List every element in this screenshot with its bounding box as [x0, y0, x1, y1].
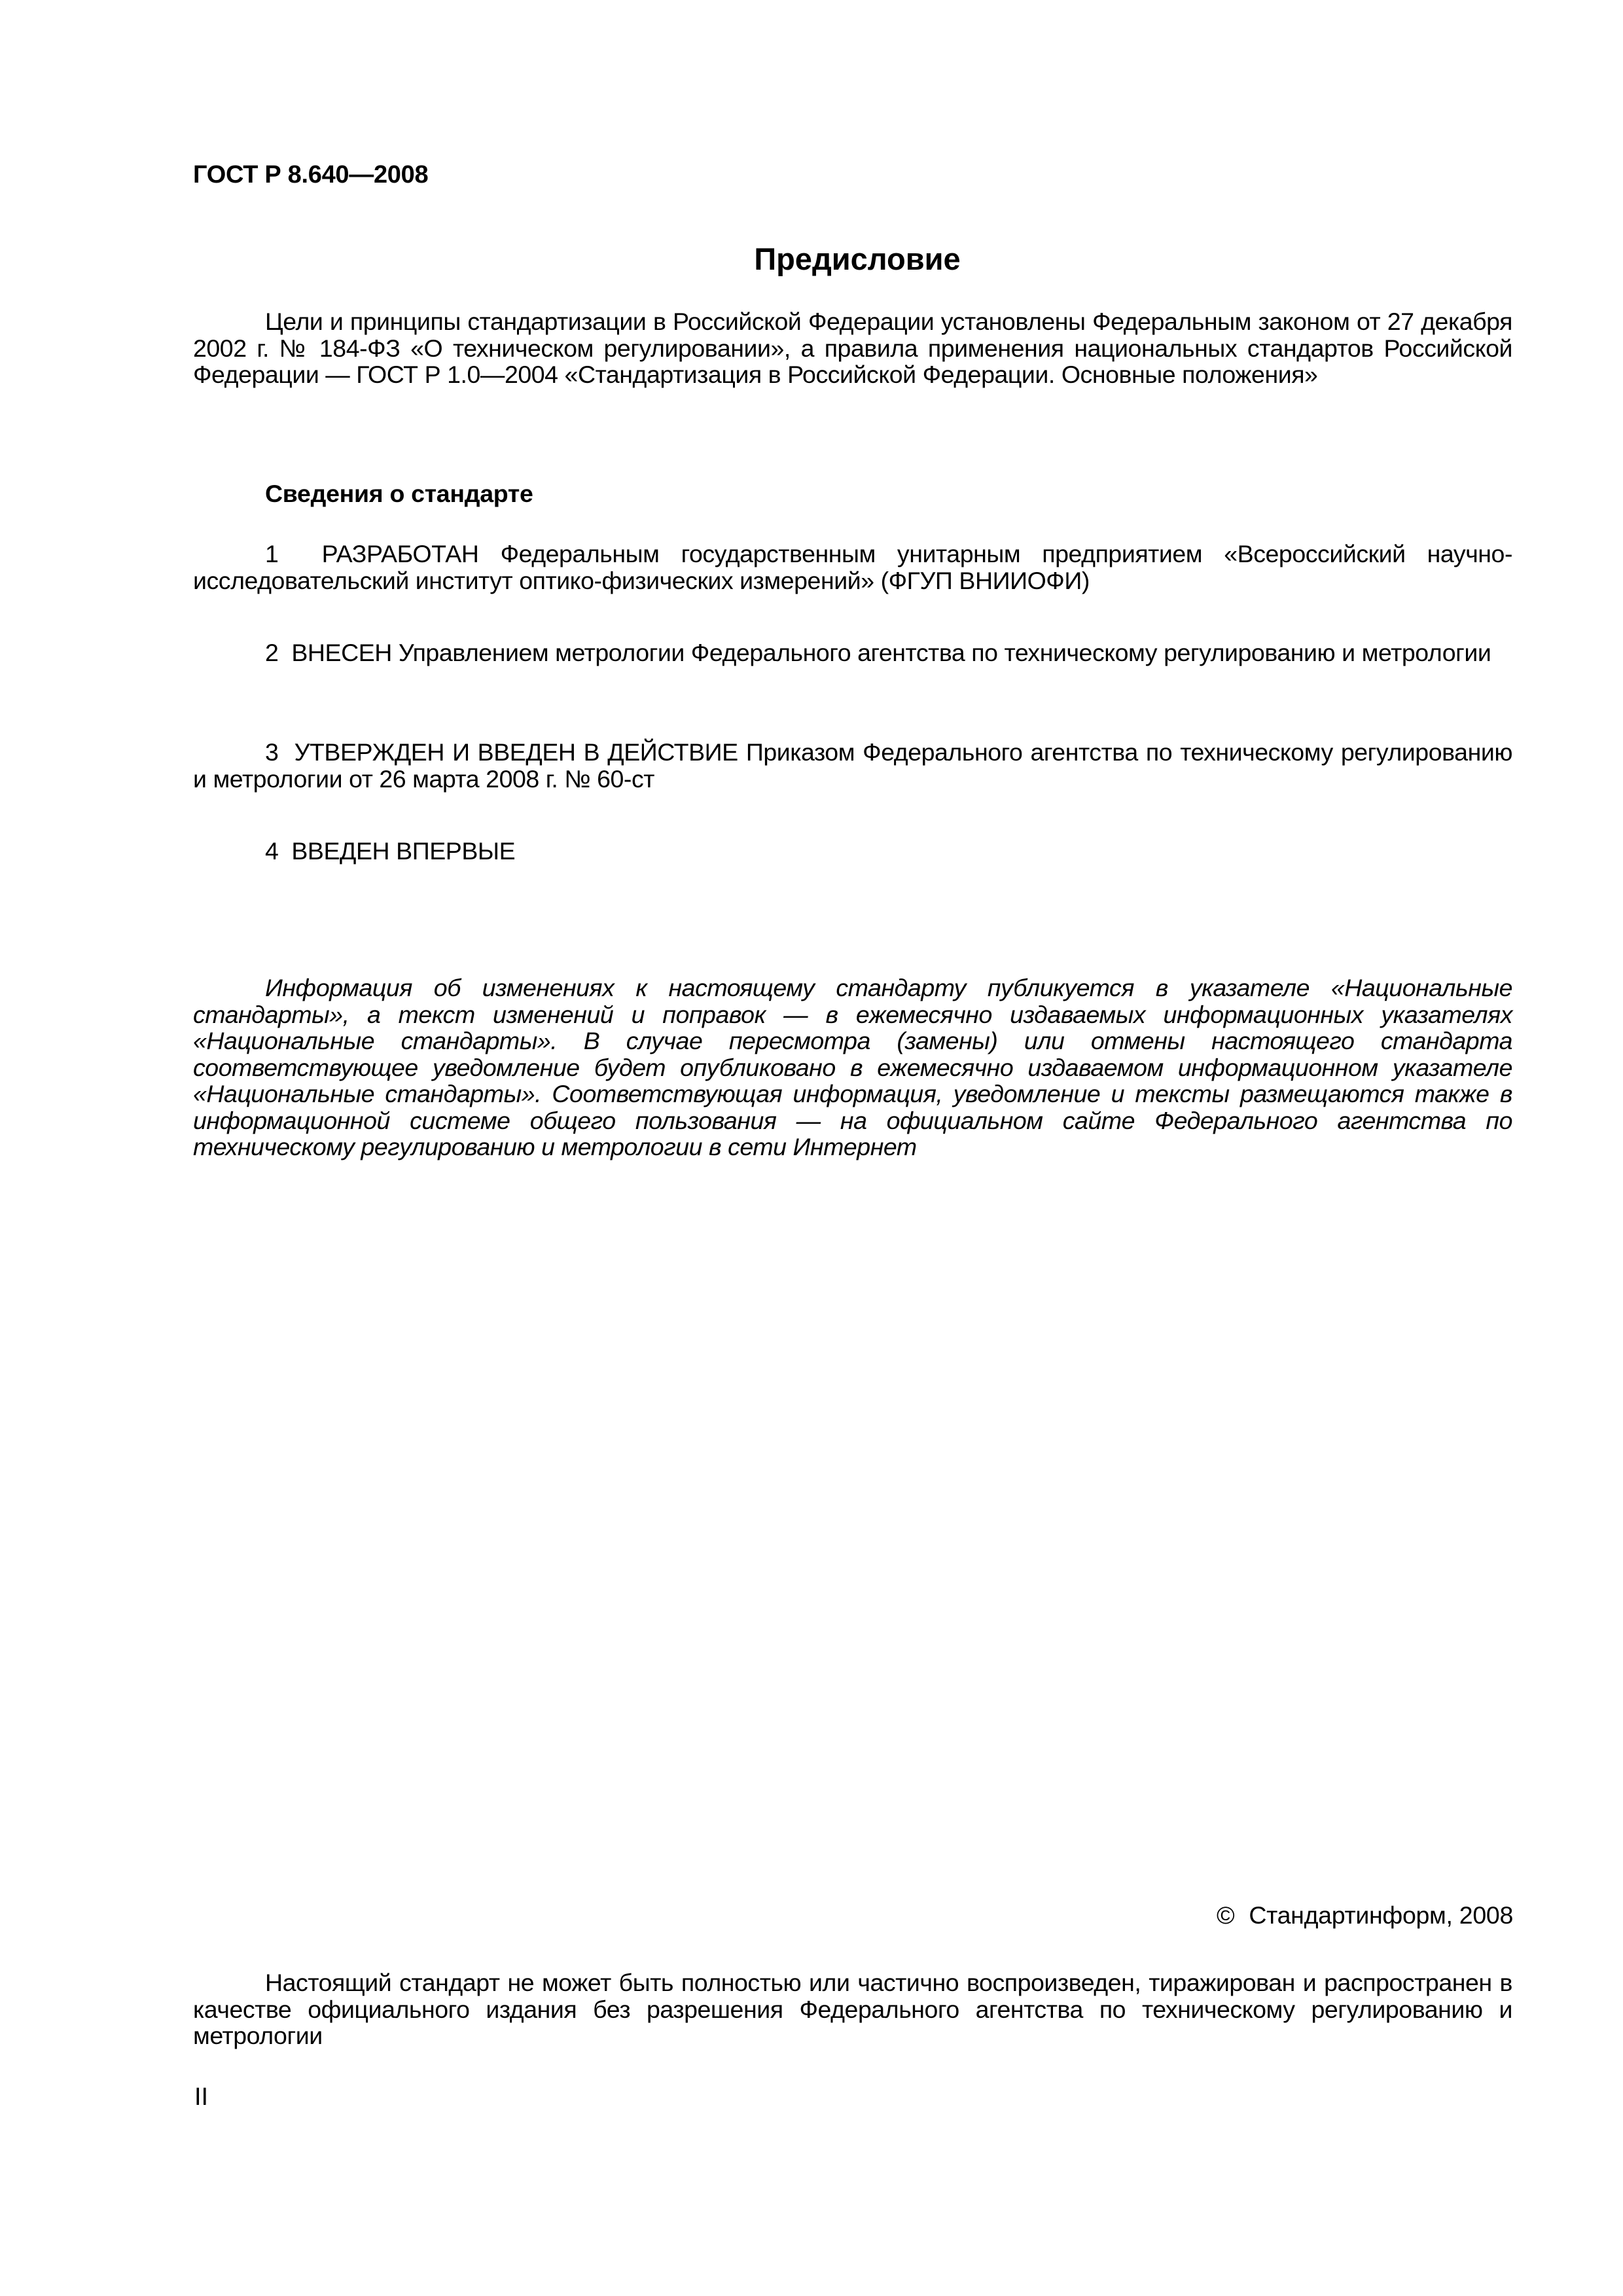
- amendments-notice-text: Информация об изменениях к настоящему ст…: [193, 975, 1512, 1160]
- page-number: II: [194, 2083, 208, 2111]
- info-item-text: ВВЕДЕН ВПЕРВЫЕ: [291, 837, 515, 865]
- info-item-number: 4: [265, 837, 278, 865]
- standard-info-heading: Сведения о стандарте: [265, 480, 533, 508]
- standard-number-header: ГОСТ Р 8.640—2008: [193, 161, 428, 189]
- reproduction-notice-text: Настоящий стандарт не может быть полност…: [193, 1969, 1512, 2049]
- info-item-number: 3: [265, 738, 278, 766]
- info-item-text: ВНЕСЕН Управлением метрологии Федерально…: [291, 639, 1491, 666]
- intro-paragraph: Цели и принципы стандартизации в Российс…: [193, 308, 1512, 388]
- copyright-text: Стандартинформ, 2008: [1249, 1901, 1513, 1929]
- copyright-icon: ©: [1217, 1901, 1234, 1929]
- reproduction-notice: Настоящий стандарт не может быть полност…: [193, 1969, 1512, 2049]
- info-item-3: 3 УТВЕРЖДЕН И ВВЕДЕН В ДЕЙСТВИЕ Приказом…: [193, 739, 1512, 792]
- info-item-number: 2: [265, 639, 278, 666]
- info-item-text: УТВЕРЖДЕН И ВВЕДЕН В ДЕЙСТВИЕ Приказом Ф…: [193, 738, 1512, 793]
- info-item-2: 2 ВНЕСЕН Управлением метрологии Федераль…: [193, 639, 1512, 666]
- info-item-1: 1 РАЗРАБОТАН Федеральным государственным…: [193, 541, 1512, 594]
- info-item-number: 1: [265, 540, 278, 567]
- intro-paragraph-text: Цели и принципы стандартизации в Российс…: [193, 308, 1512, 388]
- foreword-title: Предисловие: [0, 241, 1623, 277]
- copyright-line: ©Стандартинформ, 2008: [1217, 1901, 1513, 1929]
- info-item-4: 4 ВВЕДЕН ВПЕРВЫЕ: [193, 838, 1512, 865]
- info-item-text: РАЗРАБОТАН Федеральным государственным у…: [193, 540, 1512, 594]
- amendments-notice: Информация об изменениях к настоящему ст…: [193, 975, 1512, 1160]
